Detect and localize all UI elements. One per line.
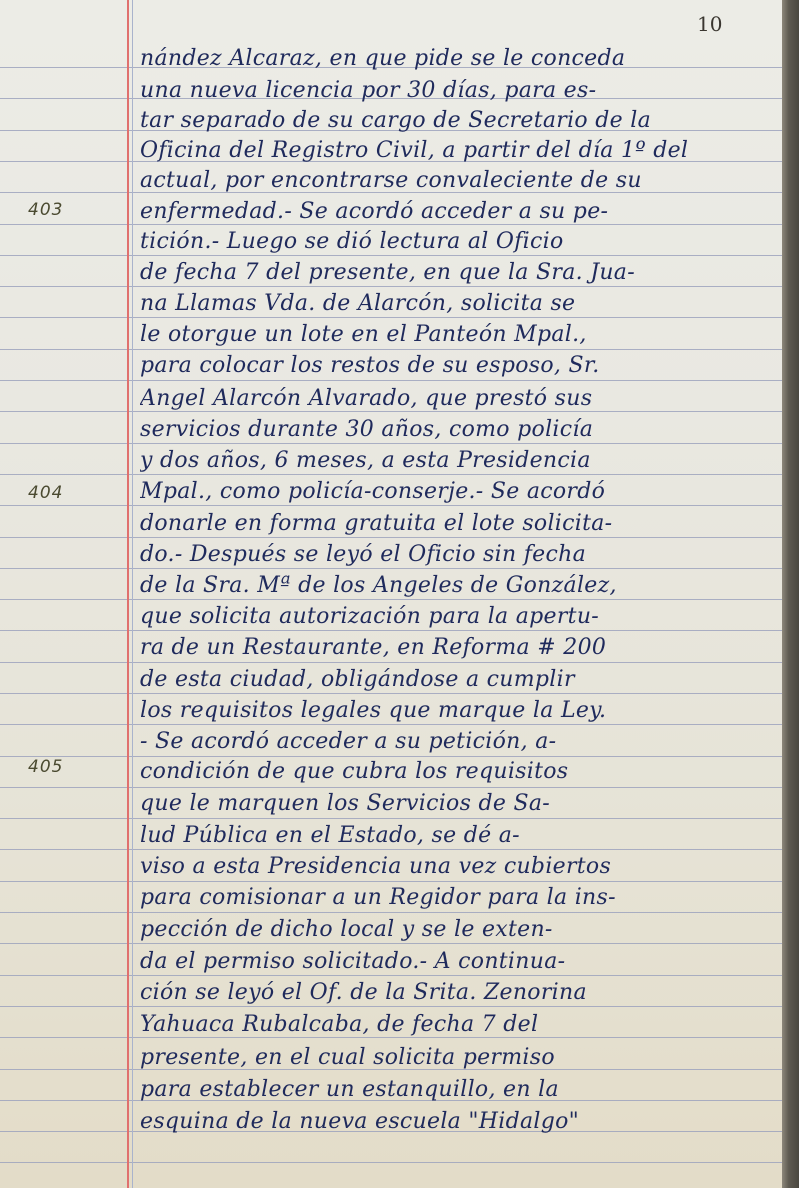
margin-line-red (127, 0, 129, 1188)
ruled-line (0, 787, 782, 788)
handwritten-line: ción se leyó el Of. de la Srita. Zenorin… (140, 978, 780, 1008)
handwritten-line: pección de dicho local y se le exten- (140, 915, 780, 945)
handwritten-line: na Llamas Vda. de Alarcón, solicita se (140, 289, 780, 319)
handwritten-line: nández Alcaraz, en que pide se le conced… (140, 44, 780, 74)
handwritten-line: esquina de la nueva escuela "Hidalgo" (140, 1107, 780, 1137)
handwritten-line: para colocar los restos de su esposo, Sr… (140, 351, 780, 381)
handwritten-line: Angel Alarcón Alvarado, que prestó sus (140, 384, 780, 414)
handwritten-line: presente, en el cual solicita permiso (140, 1043, 780, 1073)
entry-number-403: 403 (28, 200, 63, 220)
handwritten-line: de fecha 7 del presente, en que la Sra. … (140, 258, 780, 288)
handwritten-line: Yahuaca Rubalcaba, de fecha 7 del (140, 1010, 780, 1040)
handwritten-line: donarle en forma gratuita el lote solici… (140, 509, 780, 539)
binding-shadow (782, 0, 799, 1188)
handwritten-line: servicios durante 30 años, como policía (140, 415, 780, 445)
handwritten-line: que le marquen los Servicios de Sa- (140, 789, 780, 819)
handwritten-line: ra de un Restaurante, en Reforma # 200 (140, 633, 780, 663)
handwritten-line: le otorgue un lote en el Panteón Mpal., (140, 320, 780, 350)
handwritten-line: una nueva licencia por 30 días, para es- (140, 76, 780, 106)
handwritten-line: - Se acordó acceder a su petición, a- (140, 727, 780, 757)
handwritten-line: de esta ciudad, obligándose a cumplir (140, 665, 780, 695)
handwritten-line: de la Sra. Mª de los Angeles de González… (140, 571, 780, 601)
handwritten-line: tición.- Luego se dió lectura al Oficio (140, 227, 780, 257)
handwritten-line: actual, por encontrarse convaleciente de… (140, 166, 780, 196)
handwritten-line: los requisitos legales que marque la Ley… (140, 696, 780, 726)
ruled-line (0, 1162, 782, 1163)
page-number: 10 (697, 12, 722, 36)
handwritten-line: condición de que cubra los requisitos (140, 757, 780, 787)
handwritten-line: Oficina del Registro Civil, a partir del… (140, 136, 780, 166)
margin-line-blue (132, 0, 133, 1188)
handwritten-line: para establecer un estanquillo, en la (140, 1075, 780, 1105)
handwritten-line: do.- Después se leyó el Oficio sin fecha (140, 540, 780, 570)
handwritten-line: y dos años, 6 meses, a esta Presidencia (140, 446, 780, 476)
entry-number-404: 404 (28, 483, 63, 503)
entry-number-405: 405 (28, 757, 63, 777)
handwritten-line: que solicita autorización para la apertu… (140, 602, 780, 632)
handwritten-line: tar separado de su cargo de Secretario d… (140, 106, 780, 136)
handwritten-line: enfermedad.- Se acordó acceder a su pe- (140, 197, 780, 227)
handwritten-line: Mpal., como policía-conserje.- Se acordó (140, 477, 780, 507)
handwritten-line: viso a esta Presidencia una vez cubierto… (140, 852, 780, 882)
handwritten-line: para comisionar a un Regidor para la ins… (140, 883, 780, 913)
handwritten-line: lud Pública en el Estado, se dé a- (140, 821, 780, 851)
handwritten-line: da el permiso solicitado.- A continua- (140, 947, 780, 977)
ledger-page: 10 403 404 405 nández Alcaraz, en que pi… (0, 0, 782, 1188)
